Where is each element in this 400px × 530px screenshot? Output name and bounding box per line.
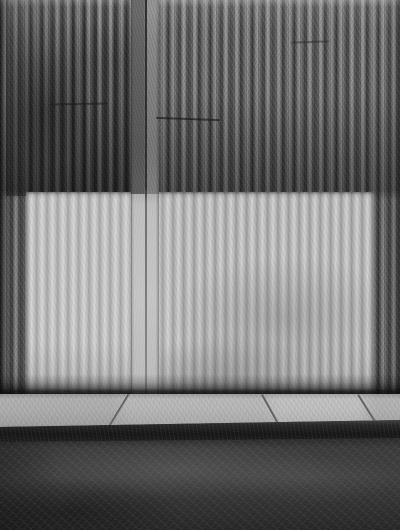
wall-right-edge-shadow [391,0,400,394]
expansion-joint [261,394,279,424]
post-seam-line [145,0,147,394]
corrugated-wall [0,0,400,394]
wall-left-edge-shadow [0,0,8,394]
photograph [0,0,400,530]
painted-light-band [26,192,374,394]
expansion-joint [357,394,376,422]
center-post [131,0,159,394]
wall-left-panel-grime [6,0,133,196]
sidewalk [0,394,400,442]
asphalt-road [0,436,400,530]
wall-base-shadow [0,374,400,394]
expansion-joint [108,393,130,427]
